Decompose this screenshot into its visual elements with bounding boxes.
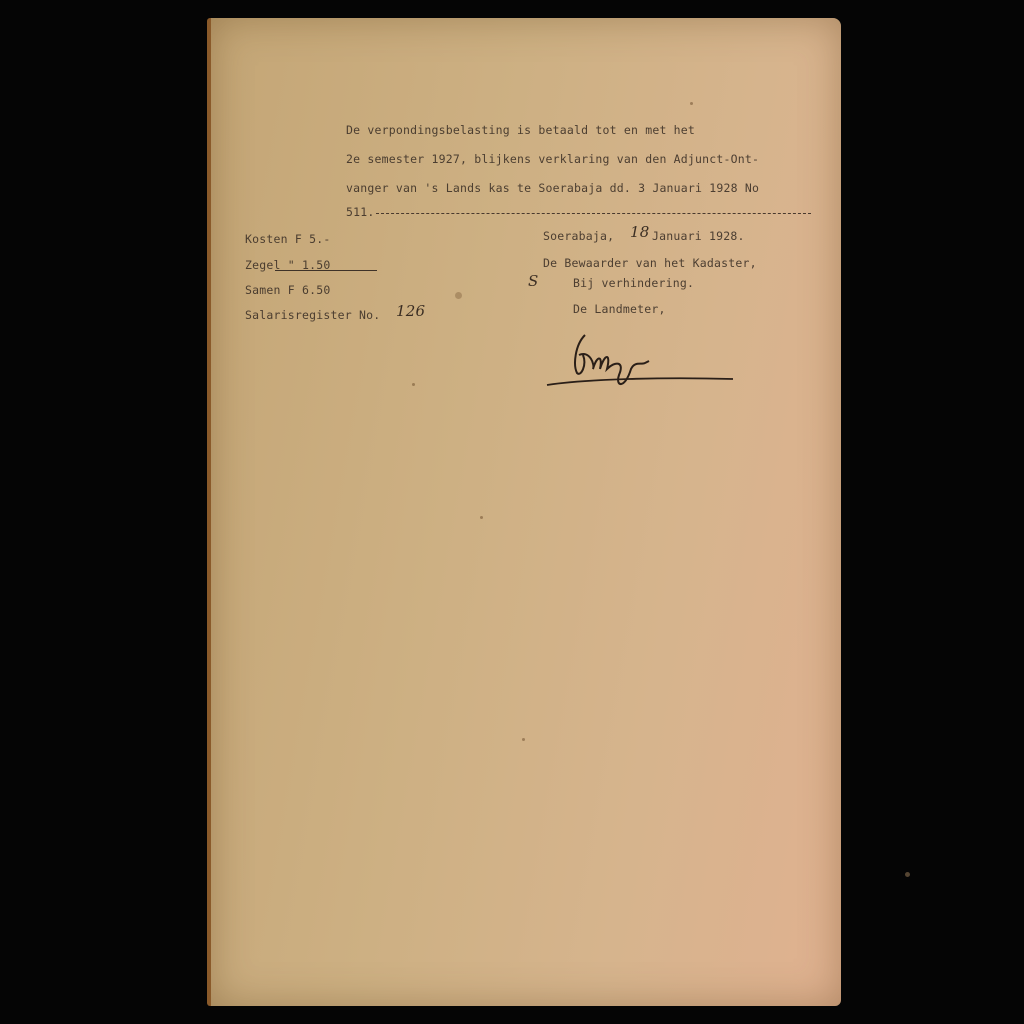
signatory-line-1: De Bewaarder van het Kadaster, [543, 256, 757, 270]
date-rest: Januari 1928. [652, 229, 745, 243]
cost-samen: Samen F 6.50 [245, 283, 330, 297]
paragraph-line-1: De verpondingsbelasting is betaald tot e… [346, 123, 695, 137]
stain [522, 738, 525, 741]
stain [690, 102, 693, 105]
salaris-number: 126 [396, 302, 425, 320]
paragraph-line-2: 2e semester 1927, blijkens verklaring va… [346, 152, 759, 166]
paragraph-line-3: vanger van 's Lands kas te Soerabaja dd.… [346, 181, 759, 195]
signatory-line-2: Bij verhindering. [573, 276, 694, 290]
stain [455, 292, 462, 299]
dashed-fill-line [376, 213, 811, 214]
date-day: 18 [630, 223, 650, 241]
stain [480, 516, 483, 519]
signatory-line-3: De Landmeter, [573, 302, 666, 316]
zegel-underline [275, 270, 377, 271]
stain [412, 383, 415, 386]
document-page [207, 18, 841, 1006]
salaris-label: Salarisregister No. [245, 308, 380, 322]
initial-mark: S [528, 272, 538, 290]
signature-icon [545, 325, 745, 395]
paragraph-line-4: 511. [346, 205, 375, 219]
dust [905, 872, 910, 877]
cost-kosten: Kosten F 5.- [245, 232, 330, 246]
place-prefix: Soerabaja, [543, 229, 614, 243]
